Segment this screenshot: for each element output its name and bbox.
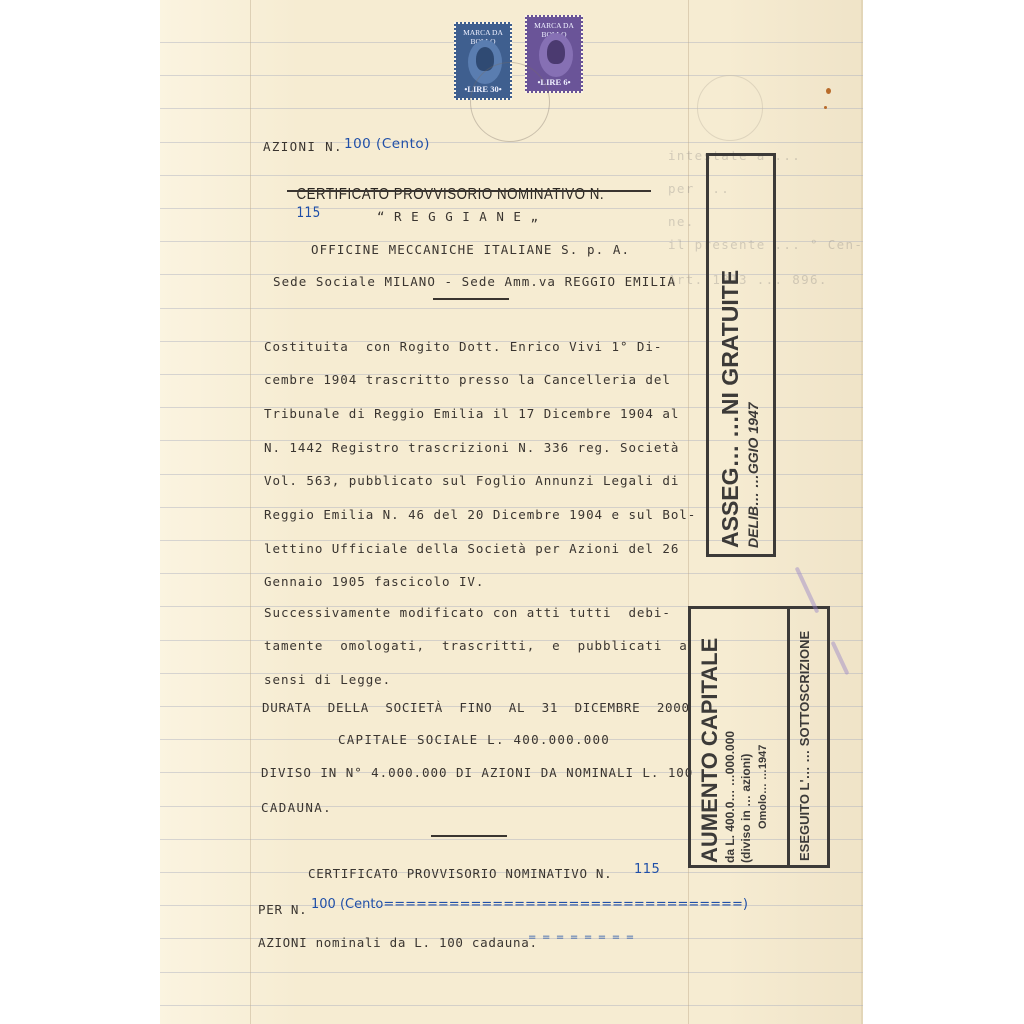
footer-per-label: PER N. bbox=[258, 902, 307, 917]
capital-divider bbox=[431, 835, 507, 837]
bleed-through-line: ne. bbox=[668, 214, 695, 229]
capital-line: CAPITALE SOCIALE L. 400.000.000 bbox=[338, 732, 610, 747]
ruled-line bbox=[160, 972, 863, 973]
stamp-gratuite-line1: ASSEG… …NI GRATUITE bbox=[717, 270, 744, 548]
company-seats: Sede Sociale MILANO - Sede Amm.va REGGIO… bbox=[273, 274, 676, 289]
capital-division: DIVISO IN N° 4.000.000 DI AZIONI DA NOMI… bbox=[261, 765, 693, 780]
shares-value: 100 (Cento) bbox=[344, 136, 430, 152]
title-underline bbox=[287, 190, 651, 192]
foxing-spot bbox=[826, 88, 831, 94]
header-divider bbox=[433, 298, 509, 300]
company-name-quoted: “ R E G G I A N E „ bbox=[377, 209, 539, 224]
margin-line-left bbox=[250, 0, 251, 1024]
certificate-title-text: CERTIFICATO PROVVISORIO NOMINATIVO N. bbox=[296, 186, 604, 203]
body-text-line: Vol. 563, pubblicato sul Foglio Annunzi … bbox=[264, 473, 679, 488]
foxing-spot bbox=[824, 106, 827, 109]
body-text-line: Reggio Emilia N. 46 del 20 Dicembre 1904… bbox=[264, 507, 696, 522]
body-text-line: tamente omologati, trascritti, e pubblic… bbox=[264, 638, 688, 653]
stamp-aumento-line3: (diviso in … azioni) bbox=[739, 754, 753, 863]
footer-per-value: 100 (Cento==============================… bbox=[311, 897, 748, 912]
body-text-line: cembre 1904 trascritto presso la Cancell… bbox=[264, 372, 671, 387]
footer-shares-fill: = = = = = = = = bbox=[528, 932, 635, 943]
stamp-gratuite-line2: DELIB… …GGIO 1947 bbox=[745, 403, 761, 548]
stamp-aumento-side: ESEGUITO L'… … SOTTOSCRIZIONE bbox=[797, 631, 812, 861]
stamp-azioni-gratuite: ASSEG… …NI GRATUITE DELIB… …GGIO 1947 bbox=[706, 153, 776, 557]
body-text-line: Gennaio 1905 fascicolo IV. bbox=[264, 574, 484, 589]
shares-label: AZIONI N. bbox=[263, 139, 343, 154]
certificate-number: 115 bbox=[296, 205, 320, 221]
body-text-line: Tribunale di Reggio Emilia il 17 Dicembr… bbox=[264, 406, 679, 421]
body-text-line: lettino Ufficiale della Società per Azio… bbox=[264, 541, 679, 556]
stamp-portrait-icon bbox=[547, 40, 565, 64]
stamp-aumento-line1: AUMENTO CAPITALE bbox=[697, 638, 723, 863]
footer-certificate-number: 115 bbox=[634, 862, 660, 877]
company-full-name: OFFICINE MECCANICHE ITALIANE S. p. A. bbox=[311, 242, 630, 257]
capital-each: CADAUNA. bbox=[261, 800, 332, 815]
stamp-aumento-divider bbox=[787, 609, 790, 865]
body-text-line: Costituita con Rogito Dott. Enrico Vivi … bbox=[264, 339, 662, 354]
body-text-line: Successivamente modificato con atti tutt… bbox=[264, 605, 671, 620]
ruled-line bbox=[160, 1005, 863, 1006]
stamp-aumento-capitale: AUMENTO CAPITALE da L. 400.0… …000.000 (… bbox=[688, 606, 830, 868]
body-text-line: sensi di Legge. bbox=[264, 672, 391, 687]
footer-title: CERTIFICATO PROVVISORIO NOMINATIVO N. bbox=[308, 866, 612, 881]
embossed-seal bbox=[697, 75, 763, 141]
body-text-line: DURATA DELLA SOCIETÀ FINO AL 31 DICEMBRE… bbox=[262, 700, 690, 715]
stamp-aumento-line4: Omolo… …1947 bbox=[757, 745, 769, 829]
footer-shares-line: AZIONI nominali da L. 100 cadauna. bbox=[258, 935, 538, 950]
stamp-aumento-line2: da L. 400.0… …000.000 bbox=[723, 731, 737, 863]
postmark-cancellation bbox=[470, 62, 550, 142]
body-text-line: N. 1442 Registro trascrizioni N. 336 reg… bbox=[264, 440, 679, 455]
